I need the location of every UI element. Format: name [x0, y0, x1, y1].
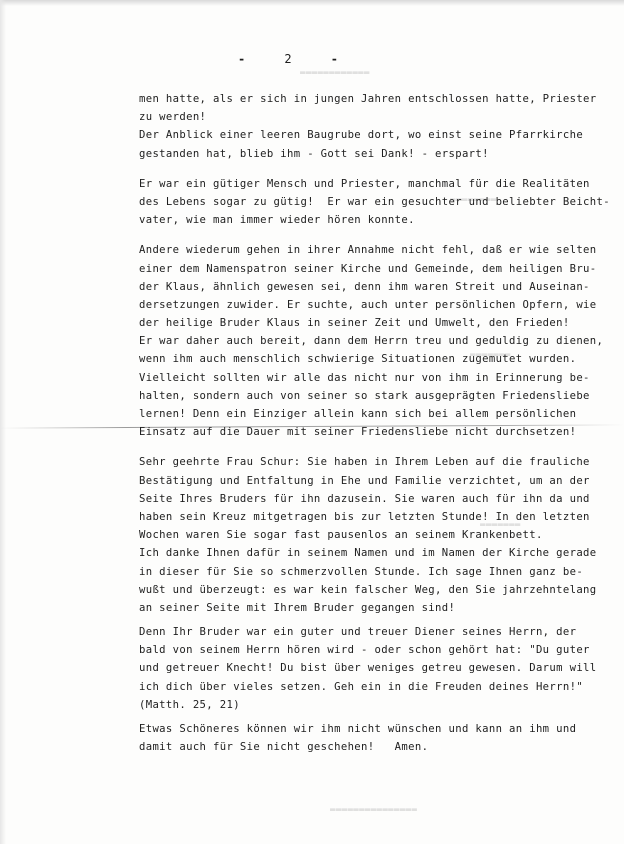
text-line: ich dich über vieles setzen. Geh ein in … [139, 678, 619, 696]
paragraph-spacer [139, 229, 619, 241]
text-line: Der Anblick einer leeren Baugrube dort, … [139, 126, 619, 144]
text-line: Etwas Schöneres können wir ihm nicht wün… [139, 720, 619, 738]
paragraph-spacer [139, 163, 619, 175]
text-line: Ich danke Ihnen dafür in seinem Namen un… [139, 544, 619, 562]
paragraph: Er war ein gütiger Mensch und Priester, … [139, 175, 619, 230]
text-line: der heilige Bruder Klaus in seiner Zeit … [139, 314, 619, 332]
text-line: Bestätigung und Entfaltung in Ehe und Fa… [139, 472, 619, 490]
paragraph-spacer [139, 441, 619, 453]
text-line: einer dem Namenspatron seiner Kirche und… [139, 260, 619, 278]
text-line: lernen! Denn ein Einziger allein kann si… [139, 405, 619, 423]
text-line: damit auch für Sie nicht geschehen! Amen… [139, 738, 619, 756]
text-line: haben sein Kreuz mitgetragen bis zur let… [139, 508, 619, 526]
text-line: in dieser für Sie so schmerzvollen Stund… [139, 563, 619, 581]
text-line: wenn ihm auch menschlich schwierige Situ… [139, 350, 619, 368]
text-line: dersetzungen zuwider. Er suchte, auch un… [139, 296, 619, 314]
text-line: Einsatz auf die Dauer mit seiner Frieden… [139, 423, 619, 441]
page-number-dash-left: - [238, 52, 245, 66]
scan-edge-shadow [0, 0, 624, 6]
scan-edge-shadow-left [0, 0, 6, 844]
page-number-dash-right: - [331, 52, 338, 66]
show-through-texture: ▬▬▬▬▬▬▬▬▬▬▬▬▬▬▬ [330, 805, 417, 815]
text-line: wußt und überzeugt: es war kein falscher… [139, 581, 619, 599]
page-number: - 2 - [238, 52, 338, 66]
document-body: men hatte, als er sich in jungen Jahren … [139, 90, 619, 756]
paragraph: Sehr geehrte Frau Schur: Sie haben in Ih… [139, 453, 619, 617]
text-line: Denn Ihr Bruder war ein guter und treuer… [139, 623, 619, 641]
text-line: Er war daher auch bereit, dann dem Herrn… [139, 332, 619, 350]
text-line: halten, sondern auch von seiner so stark… [139, 387, 619, 405]
text-line: der Klaus, ähnlich gewesen sei, denn ihm… [139, 278, 619, 296]
text-line: men hatte, als er sich in jungen Jahren … [139, 90, 619, 108]
text-line: des Lebens sogar zu gütig! Er war ein ge… [139, 193, 619, 211]
text-line: Sehr geehrte Frau Schur: Sie haben in Ih… [139, 453, 619, 471]
text-line: (Matth. 25, 21) [139, 696, 619, 714]
text-line: und getreuer Knecht! Du bist über wenige… [139, 659, 619, 677]
text-line: Wochen waren Sie sogar fast pausenlos an… [139, 526, 619, 544]
text-line: zu werden! [139, 108, 619, 126]
text-line: Andere wiederum gehen in ihrer Annahme n… [139, 241, 619, 259]
text-line: bald von seinem Herrn hören wird - oder … [139, 641, 619, 659]
text-line: Er war ein gütiger Mensch und Priester, … [139, 175, 619, 193]
text-line: Seite Ihres Bruders für ihn dazusein. Si… [139, 490, 619, 508]
text-line: Vielleicht sollten wir alle das nicht nu… [139, 369, 619, 387]
paragraph: Denn Ihr Bruder war ein guter und treuer… [139, 623, 619, 714]
show-through-texture: ▬▬▬▬▬▬▬▬▬▬▬▬ [300, 68, 370, 78]
page-number-value: 2 [284, 52, 291, 66]
text-line: vater, wie man immer wieder hören konnte… [139, 211, 619, 229]
paragraph: Etwas Schöneres können wir ihm nicht wün… [139, 720, 619, 756]
document-page: ▬▬▬▬▬▬▬▬▬▬▬▬ ▬▬▬▬▬▬▬▬ ▬▬▬▬▬▬▬ ▬▬▬▬▬▬▬ ▬▬… [0, 0, 624, 844]
paragraph: Andere wiederum gehen in ihrer Annahme n… [139, 241, 619, 441]
text-line: gestanden hat, blieb ihm - Gott sei Dank… [139, 145, 619, 163]
text-line: an seiner Seite mit Ihrem Bruder gegange… [139, 599, 619, 617]
paragraph: men hatte, als er sich in jungen Jahren … [139, 90, 619, 163]
